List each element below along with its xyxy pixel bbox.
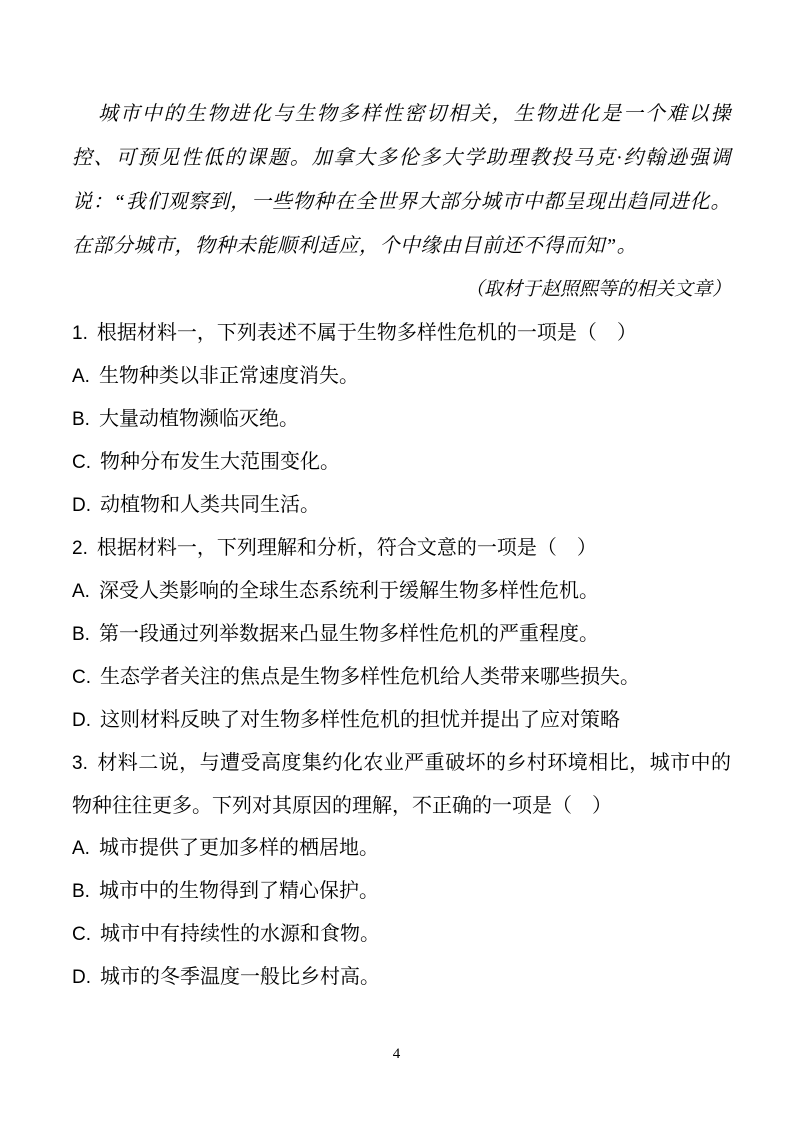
question-3-option-a: A.城市提供了更加多样的栖居地。 — [72, 827, 731, 870]
question-2-stem-text: 根据材料一，下列理解和分析，符合文意的一项是（ ） — [97, 537, 597, 559]
question-2-option-c: C.生态学者关注的焦点是生物多样性危机给人类带来哪些损失。 — [72, 656, 731, 699]
option-text: 深受人类影响的全球生态系统利于缓解生物多样性危机。 — [99, 580, 599, 602]
question-2-option-b: B.第一段通过列举数据来凸显生物多样性危机的严重程度。 — [72, 613, 731, 656]
question-1: 1.根据材料一，下列表述不属于生物多样性危机的一项是（ ） A.生物种类以非正常… — [72, 312, 731, 527]
question-3-option-d: D.城市的冬季温度一般比乡村高。 — [72, 956, 731, 999]
option-text: 第一段通过列举数据来凸显生物多样性危机的严重程度。 — [99, 623, 599, 645]
option-label-a: A. — [72, 838, 90, 859]
option-label-c: C. — [72, 667, 91, 688]
option-label-b: B. — [72, 881, 90, 902]
question-1-stem: 1.根据材料一，下列表述不属于生物多样性危机的一项是（ ） — [72, 312, 731, 355]
question-3: 3.材料二说，与遭受高度集约化农业严重破坏的乡村环境相比，城市中的物种往往更多。… — [72, 742, 731, 999]
question-2-option-a: A.深受人类影响的全球生态系统利于缓解生物多样性危机。 — [72, 570, 731, 613]
option-label-a: A. — [72, 366, 90, 387]
question-1-number: 1. — [72, 323, 88, 344]
option-label-b: B. — [72, 409, 90, 430]
option-text: 生物种类以非正常速度消失。 — [99, 365, 359, 387]
option-text: 物种分布发生大范围变化。 — [100, 451, 340, 473]
option-text: 城市的冬季温度一般比乡村高。 — [100, 966, 380, 988]
question-1-option-d: D.动植物和人类共同生活。 — [72, 484, 731, 527]
page-number: 4 — [0, 1046, 793, 1063]
question-2: 2.根据材料一，下列理解和分析，符合文意的一项是（ ） A.深受人类影响的全球生… — [72, 527, 731, 742]
material-citation: （取材于赵照熙等的相关文章） — [72, 268, 731, 312]
option-label-a: A. — [72, 581, 90, 602]
option-text: 这则材料反映了对生物多样性危机的担忧并提出了应对策略 — [100, 709, 620, 731]
question-3-stem: 3.材料二说，与遭受高度集约化农业严重破坏的乡村环境相比，城市中的物种往往更多。… — [72, 742, 731, 827]
question-2-option-d: D.这则材料反映了对生物多样性危机的担忧并提出了应对策略 — [72, 699, 731, 742]
material-paragraph: 城市中的生物进化与生物多样性密切相关，生物进化是一个难以操控、可预见性低的课题。… — [72, 92, 731, 268]
question-3-stem-text: 材料二说，与遭受高度集约化农业严重破坏的乡村环境相比，城市中的物种往往更多。下列… — [72, 752, 731, 817]
option-text: 城市提供了更加多样的栖居地。 — [99, 837, 379, 859]
question-2-stem: 2.根据材料一，下列理解和分析，符合文意的一项是（ ） — [72, 527, 731, 570]
question-1-option-a: A.生物种类以非正常速度消失。 — [72, 355, 731, 398]
option-text: 动植物和人类共同生活。 — [100, 494, 320, 516]
option-text: 生态学者关注的焦点是生物多样性危机给人类带来哪些损失。 — [100, 666, 640, 688]
option-label-d: D. — [72, 710, 91, 731]
question-1-option-b: B.大量动植物濒临灭绝。 — [72, 398, 731, 441]
option-text: 大量动植物濒临灭绝。 — [99, 408, 299, 430]
question-3-number: 3. — [72, 753, 88, 774]
question-2-number: 2. — [72, 538, 88, 559]
option-label-c: C. — [72, 924, 91, 945]
option-label-d: D. — [72, 495, 91, 516]
option-text: 城市中有持续性的水源和食物。 — [100, 923, 380, 945]
option-label-d: D. — [72, 967, 91, 988]
question-1-stem-text: 根据材料一，下列表述不属于生物多样性危机的一项是（ ） — [97, 322, 637, 344]
question-3-option-b: B.城市中的生物得到了精心保护。 — [72, 870, 731, 913]
document-page: 城市中的生物进化与生物多样性密切相关，生物进化是一个难以操控、可预见性低的课题。… — [0, 0, 793, 1122]
option-label-c: C. — [72, 452, 91, 473]
question-3-option-c: C.城市中有持续性的水源和食物。 — [72, 913, 731, 956]
option-text: 城市中的生物得到了精心保护。 — [99, 880, 379, 902]
option-label-b: B. — [72, 624, 90, 645]
question-1-option-c: C.物种分布发生大范围变化。 — [72, 441, 731, 484]
